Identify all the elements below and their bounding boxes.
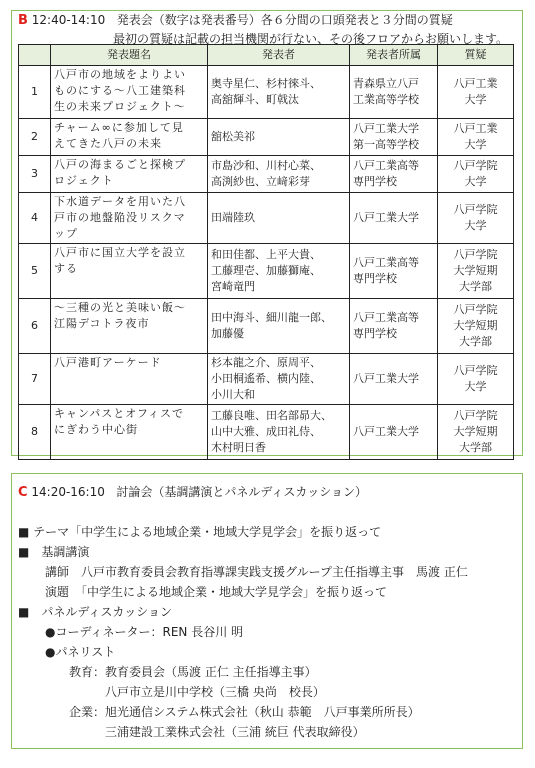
table-row: 1八戸市の地域をよりよいものにする～八工建築科生の未来プロジェクト～奥寺星仁、杉…	[19, 66, 514, 119]
qa-institution: 八戸工業大学	[438, 66, 514, 119]
presenter-affiliation-line: 八戸工業高等	[353, 310, 434, 326]
qa-institution-line: 大学	[441, 174, 510, 190]
presenter-affiliation-line: 専門学校	[353, 326, 434, 342]
presenter-affiliation-line: 工業高等学校	[353, 92, 434, 108]
presenter-affiliation-line: 八戸工業大学	[353, 371, 434, 387]
qa-institution-line: 大学	[441, 137, 510, 153]
qa-institution-line: 大学	[441, 218, 510, 234]
presentation-number: 4	[19, 193, 51, 244]
presentation-title: チャーム∞に参加して見えてきた八戸の未来	[51, 119, 208, 156]
presenters-line: 高舘輝斗、町戟汰	[211, 92, 346, 108]
panel-heading: ■ パネルディスカッション	[18, 604, 172, 620]
coordinator-line: ●コーディネーター：REN 長谷川 明	[45, 624, 243, 640]
presenters-line: 和田佳都、上平大貴、	[211, 247, 346, 263]
presenter-affiliation-line: 青森県立八戸	[353, 76, 434, 92]
presenters-line: 木村明日香	[211, 440, 346, 456]
presentation-title-line: する	[54, 261, 204, 277]
presenter-affiliation-line: 八戸工業大学	[353, 121, 434, 137]
presenters: 和田佳都、上平大貴、工藤理壱、加藤獅庵、宮崎竜門	[208, 244, 350, 299]
presenter-affiliation-line: 八戸工業大学	[353, 424, 434, 440]
table-row: 5八戸市に国立大学を設立する和田佳都、上平大貴、工藤理壱、加藤獅庵、宮崎竜門八戸…	[19, 244, 514, 299]
presenter-affiliation: 八戸工業高等専門学校	[350, 299, 438, 354]
presentation-title: 八戸市の地域をよりよいものにする～八工建築科生の未来プロジェクト～	[51, 66, 208, 119]
presenter-affiliation: 八戸工業大学	[350, 193, 438, 244]
presenter-affiliation-line: 八戸工業高等	[353, 158, 434, 174]
qa-institution-line: 大学短期	[441, 263, 510, 279]
panelist-company-1: 企業：旭光通信システム株式会社（秋山 恭範 八戸事業所所長）	[69, 704, 420, 720]
presenters: 工藤良唯、田名部昴大、山中大雅、成田礼侍、木村明日香	[208, 405, 350, 460]
section-letter-b: B	[18, 13, 28, 28]
presentation-title-line: 八戸の海まるごと探検プ	[54, 157, 204, 173]
presenters: 市島沙和、川村心菜、高渕紗也、立﨑彩芽	[208, 156, 350, 193]
qa-institution: 八戸学院大学	[438, 156, 514, 193]
presentation-number: 3	[19, 156, 51, 193]
qa-institution-line: 大学短期	[441, 424, 510, 440]
header-title: 発表題名	[51, 45, 208, 66]
presenters-line: 杉本龍之介、原周平、	[211, 355, 346, 371]
presentation-title: キャンパスとオフィスでにぎわう中心街	[51, 405, 208, 460]
qa-institution-line: 大学部	[441, 334, 510, 350]
presenter-affiliation-line: 八戸工業大学	[353, 210, 434, 226]
qa-institution: 八戸学院大学	[438, 354, 514, 405]
panelist-company-2: 三浦建設工業株式会社（三浦 統巨 代表取締役）	[105, 724, 365, 740]
table-row: 6～三種の光と美味い飯～江陽デコトラ夜市田中海斗、細川龍一郎、加藤優八戸工業高等…	[19, 299, 514, 354]
qa-institution-line: 大学	[441, 92, 510, 108]
section-b-time: 12:40-14:10	[32, 13, 106, 27]
theme-line: ■ テーマ「中学生による地域企業・地域大学見学会」を振り返って	[18, 524, 381, 540]
keynote-lecturer: 講師 八戸市教育委員会教育指導課実践支援グループ主任指導主事 馬渡 正仁	[45, 564, 468, 580]
presentation-title-line: 生の未来プロジェクト～	[54, 99, 204, 115]
presenter-affiliation: 青森県立八戸工業高等学校	[350, 66, 438, 119]
qa-institution-line: 八戸学院	[441, 202, 510, 218]
presenters-line: 宮崎竜門	[211, 279, 346, 295]
keynote-topic: 演題 「中学生による地域企業・地域大学見学会」を振り返って	[45, 584, 387, 600]
presenters-line: 舘松美祁	[211, 129, 346, 145]
presentation-title-line: 戸市の地盤陥没リスクマ	[54, 210, 204, 226]
presenters-line: 奥寺星仁、杉村徠斗、	[211, 76, 346, 92]
presenter-affiliation: 八戸工業大学	[350, 405, 438, 460]
qa-institution-line: 大学短期	[441, 318, 510, 334]
presentation-title-line: チャーム∞に参加して見	[54, 120, 204, 136]
presenters-line: 加藤優	[211, 326, 346, 342]
presenters: 田端陸玖	[208, 193, 350, 244]
section-b-presentations: B 12:40-14:10 発表会（数字は発表番号）各６分間の口頭発表と３分間の…	[11, 10, 523, 456]
panelist-education-2: 八戸市立是川中学校（三橋 央尚 校長）	[105, 684, 325, 700]
presenter-affiliation-line: 第一高等学校	[353, 137, 434, 153]
presentation-title: 下水道データを用いた八戸市の地盤陥没リスクマップ	[51, 193, 208, 244]
presenters-line: 小川大和	[211, 387, 346, 403]
table-row: 8キャンパスとオフィスでにぎわう中心街工藤良唯、田名部昴大、山中大雅、成田礼侍、…	[19, 405, 514, 460]
section-c-heading: C 14:20-16:10 討論会（基調講演とパネルディスカッション）	[18, 484, 367, 501]
presenters: 舘松美祁	[208, 119, 350, 156]
qa-institution-line: 八戸学院	[441, 158, 510, 174]
header-qa: 質疑	[438, 45, 514, 66]
qa-institution-line: 八戸学院	[441, 408, 510, 424]
presenter-affiliation: 八戸工業高等専門学校	[350, 156, 438, 193]
qa-institution-line: 大学	[441, 379, 510, 395]
presenter-affiliation-line: 八戸工業高等	[353, 255, 434, 271]
header-affiliation: 発表者所属	[350, 45, 438, 66]
presentation-title-line: 下水道データを用いた八	[54, 194, 204, 210]
table-row: 7八戸港町アーケード杉本龍之介、原周平、小田桐遙希、横内陸、小川大和八戸工業大学…	[19, 354, 514, 405]
qa-institution-line: 大学部	[441, 440, 510, 456]
presentation-number: 8	[19, 405, 51, 460]
presentation-number: 7	[19, 354, 51, 405]
presenters-line: 高渕紗也、立﨑彩芽	[211, 174, 346, 190]
panelist-education-1: 教育：教育委員会（馬渡 正仁 主任指導主事）	[69, 664, 317, 680]
presenter-affiliation: 八戸工業大学	[350, 354, 438, 405]
qa-institution-line: 大学部	[441, 279, 510, 295]
presentation-number: 1	[19, 66, 51, 119]
presenters: 田中海斗、細川龍一郎、加藤優	[208, 299, 350, 354]
section-c-title: 討論会（基調講演とパネルディスカッション）	[116, 485, 367, 499]
qa-institution-line: 八戸学院	[441, 247, 510, 263]
presentation-title-line: ～三種の光と美味い飯～	[54, 300, 204, 316]
qa-institution-line: 八戸工業	[441, 76, 510, 92]
section-letter-c: C	[18, 485, 28, 500]
presenters: 杉本龍之介、原周平、小田桐遙希、横内陸、小川大和	[208, 354, 350, 405]
presentation-title-line: 江陽デコトラ夜市	[54, 316, 204, 332]
section-c-discussion: C 14:20-16:10 討論会（基調講演とパネルディスカッション） ■ テー…	[11, 473, 523, 749]
qa-institution-line: 八戸学院	[441, 363, 510, 379]
presentation-title: ～三種の光と美味い飯～江陽デコトラ夜市	[51, 299, 208, 354]
section-b-title: 発表会（数字は発表番号）各６分間の口頭発表と３分間の質疑	[117, 13, 453, 27]
presentation-title-line: キャンパスとオフィスで	[54, 406, 204, 422]
keynote-heading: ■ 基調講演	[18, 544, 89, 560]
presentation-title-line: 八戸市に国立大学を設立	[54, 245, 204, 261]
presentation-number: 2	[19, 119, 51, 156]
presentation-title-line: えてきた八戸の未来	[54, 136, 204, 152]
qa-institution-line: 八戸工業	[441, 121, 510, 137]
presentation-title-line: ロジェクト	[54, 173, 204, 189]
section-b-heading: B 12:40-14:10 発表会（数字は発表番号）各６分間の口頭発表と３分間の…	[18, 12, 453, 29]
presentation-table: 発表題名 発表者 発表者所属 質疑 1八戸市の地域をよりよいものにする～八工建築…	[18, 44, 514, 460]
table-header-row: 発表題名 発表者 発表者所属 質疑	[19, 45, 514, 66]
presenters-line: 市島沙和、川村心菜、	[211, 158, 346, 174]
presentation-title: 八戸港町アーケード	[51, 354, 208, 405]
presentation-title-line: ものにする～八工建築科	[54, 83, 204, 99]
presenters-line: 工藤良唯、田名部昴大、	[211, 408, 346, 424]
presentation-title-line: にぎわう中心街	[54, 422, 204, 438]
presentation-title-line: 八戸港町アーケード	[54, 355, 204, 371]
section-c-time: 14:20-16:10	[31, 485, 105, 499]
qa-institution: 八戸学院大学	[438, 193, 514, 244]
panelists-heading: ●パネリスト	[45, 644, 115, 660]
presentation-title: 八戸の海まるごと探検プロジェクト	[51, 156, 208, 193]
qa-institution: 八戸学院大学短期大学部	[438, 299, 514, 354]
header-presenters: 発表者	[208, 45, 350, 66]
presenters-line: 田中海斗、細川龍一郎、	[211, 310, 346, 326]
presenter-affiliation-line: 専門学校	[353, 271, 434, 287]
presentation-number: 6	[19, 299, 51, 354]
qa-institution: 八戸工業大学	[438, 119, 514, 156]
presentation-number: 5	[19, 244, 51, 299]
presenters-line: 山中大雅、成田礼侍、	[211, 424, 346, 440]
presentation-title-line: 八戸市の地域をよりよい	[54, 67, 204, 83]
qa-institution-line: 八戸学院	[441, 302, 510, 318]
presenters-line: 工藤理壱、加藤獅庵、	[211, 263, 346, 279]
qa-institution: 八戸学院大学短期大学部	[438, 244, 514, 299]
presentation-title: 八戸市に国立大学を設立する	[51, 244, 208, 299]
table-row: 2チャーム∞に参加して見えてきた八戸の未来舘松美祁八戸工業大学第一高等学校八戸工…	[19, 119, 514, 156]
table-row: 4下水道データを用いた八戸市の地盤陥没リスクマップ田端陸玖八戸工業大学八戸学院大…	[19, 193, 514, 244]
presentation-title-line: ップ	[54, 226, 204, 242]
presenters-line: 田端陸玖	[211, 210, 346, 226]
table-row: 3八戸の海まるごと探検プロジェクト市島沙和、川村心菜、高渕紗也、立﨑彩芽八戸工業…	[19, 156, 514, 193]
qa-institution: 八戸学院大学短期大学部	[438, 405, 514, 460]
presenters-line: 小田桐遙希、横内陸、	[211, 371, 346, 387]
header-num	[19, 45, 51, 66]
presenter-affiliation-line: 専門学校	[353, 174, 434, 190]
presenters: 奥寺星仁、杉村徠斗、高舘輝斗、町戟汰	[208, 66, 350, 119]
presenter-affiliation: 八戸工業高等専門学校	[350, 244, 438, 299]
presenter-affiliation: 八戸工業大学第一高等学校	[350, 119, 438, 156]
